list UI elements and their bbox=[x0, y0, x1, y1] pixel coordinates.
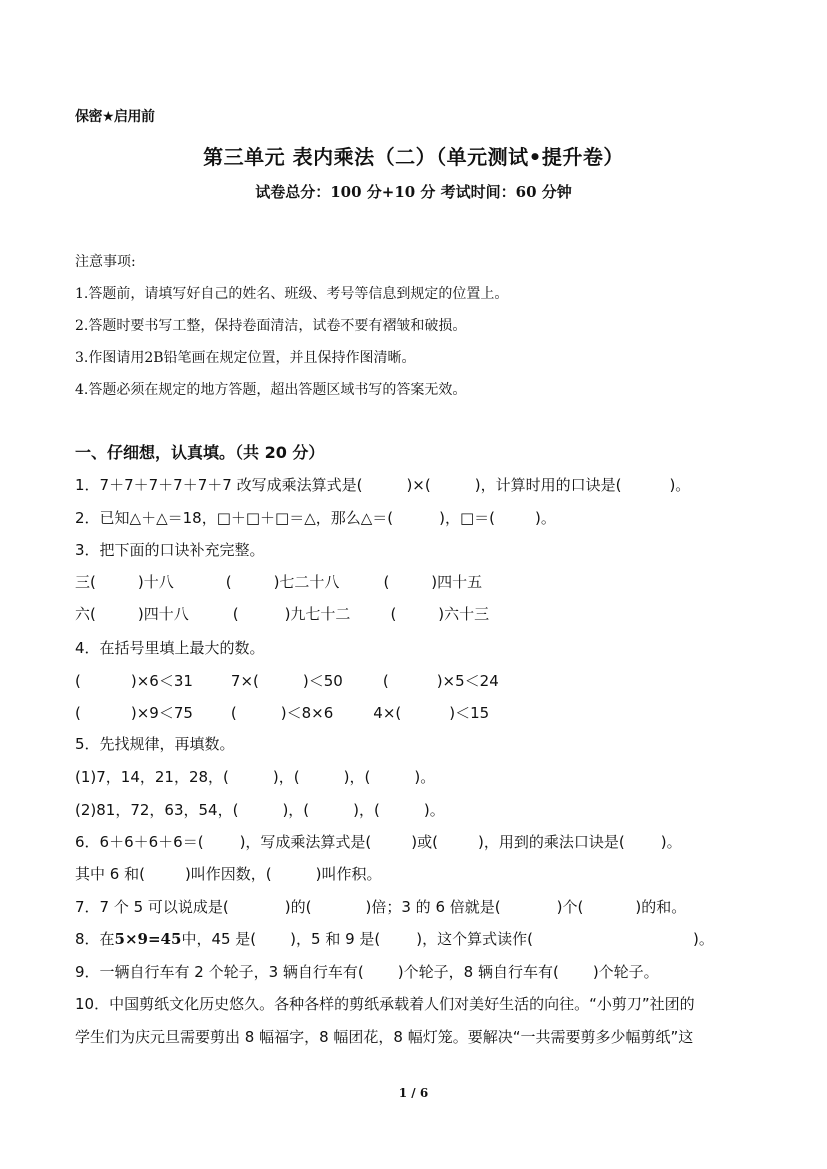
q3-text: )六十三 bbox=[438, 605, 489, 623]
q3-text: ( bbox=[383, 573, 389, 591]
page-number: 1 / 6 bbox=[0, 1086, 827, 1100]
question-4-row-2: ()×9＜75()＜8×64×()＜15 bbox=[75, 701, 489, 725]
question-6-line-1: 6．6＋6＋6＋6＝()，写成乘法算式是()或()，用到的乘法口诀是()。 bbox=[75, 830, 682, 854]
q9-text: 9．一辆自行车有 2 个轮子，3 辆自行车有( bbox=[75, 963, 364, 981]
question-5-row-1: (1)7，14，21，28，()，()，()。 bbox=[75, 765, 435, 789]
exam-info: 试卷总分：100 分+10 分 考试时间：60 分钟 bbox=[0, 181, 827, 202]
q6-text: )，用到的乘法口诀是( bbox=[478, 833, 625, 851]
q2-text: )，□＝( bbox=[439, 509, 495, 527]
question-10-line-1: 10．中国剪纸文化历史悠久。各种各样的剪纸承载着人们对美好生活的向往。“小剪刀”… bbox=[75, 992, 695, 1016]
q1-text: )。 bbox=[669, 476, 690, 494]
q3-text: )四十五 bbox=[431, 573, 482, 591]
q6-text: )。 bbox=[661, 833, 682, 851]
q8-text: 中，45 是( bbox=[181, 930, 256, 948]
q6-text: )或( bbox=[411, 833, 438, 851]
q9-text: )个轮子，8 辆自行车有( bbox=[398, 963, 559, 981]
q2-text: 2．已知△＋△＝18，□＋□＋□＝△，那么△＝( bbox=[75, 509, 393, 527]
q3-text: )四十八 bbox=[138, 605, 189, 623]
question-10-line-2: 学生们为庆元旦需要剪出 8 幅福字，8 幅团花，8 幅灯笼。要解决“一共需要剪多… bbox=[75, 1025, 693, 1049]
q4-text: )×9＜75 bbox=[131, 704, 193, 722]
q4-text: )×5＜24 bbox=[437, 672, 499, 690]
q5-text: )。 bbox=[414, 768, 435, 786]
notes-heading: 注意事项: bbox=[75, 246, 508, 278]
q3-text: )十八 bbox=[138, 573, 174, 591]
q4-text: )＜50 bbox=[303, 672, 343, 690]
question-6-line-2: 其中 6 和()叫作因数，()叫作积。 bbox=[75, 862, 382, 886]
note-item: 3.作图请用2B铅笔画在规定位置，并且保持作图清晰。 bbox=[75, 342, 508, 374]
q7-text: )倍；3 的 6 倍就是( bbox=[366, 898, 501, 916]
q1-text: )，计算时用的口诀是( bbox=[475, 476, 622, 494]
q5-text: )，( bbox=[344, 768, 371, 786]
question-1: 1．7＋7＋7＋7＋7＋7 改写成乘法算式是()×()，计算时用的口诀是()。 bbox=[75, 473, 690, 497]
q4-text: ( bbox=[75, 672, 81, 690]
q5-text: )，( bbox=[282, 801, 309, 819]
q3-text: ( bbox=[233, 605, 239, 623]
q6-text: 其中 6 和( bbox=[75, 865, 145, 883]
q4-text: )＜15 bbox=[449, 704, 489, 722]
question-9: 9．一辆自行车有 2 个轮子，3 辆自行车有()个轮子，8 辆自行车有()个轮子… bbox=[75, 960, 659, 984]
question-3-row-1: 三()十八()七二十八()四十五 bbox=[75, 570, 482, 594]
q8-text: )。 bbox=[693, 930, 714, 948]
question-4-row-1: ()×6＜317×()＜50()×5＜24 bbox=[75, 669, 499, 693]
q1-text: 1．7＋7＋7＋7＋7＋7 改写成乘法算式是( bbox=[75, 476, 362, 494]
q1-text: )×( bbox=[406, 476, 430, 494]
q8-text: 8．在 bbox=[75, 930, 115, 948]
q3-text: ( bbox=[390, 605, 396, 623]
q3-text: )七二十八 bbox=[274, 573, 340, 591]
q8-equation: 5×9=45 bbox=[115, 930, 182, 948]
q2-text: )。 bbox=[535, 509, 556, 527]
q9-text: )个轮子。 bbox=[593, 963, 659, 981]
q7-text: )的( bbox=[285, 898, 312, 916]
q7-text: )的和。 bbox=[635, 898, 686, 916]
question-3-row-2: 六()四十八()九七十二()六十三 bbox=[75, 602, 489, 626]
q5-text: (2)81，72，63，54，( bbox=[75, 801, 238, 819]
question-4-stem: 4．在括号里填上最大的数。 bbox=[75, 636, 265, 660]
q4-text: 7×( bbox=[231, 672, 259, 690]
question-5-stem: 5．先找规律，再填数。 bbox=[75, 732, 235, 756]
q4-text: ( bbox=[383, 672, 389, 690]
q3-text: ( bbox=[226, 573, 232, 591]
q6-text: 6．6＋6＋6＋6＝( bbox=[75, 833, 204, 851]
q4-text: )＜8×6 bbox=[281, 704, 334, 722]
question-5-row-2: (2)81，72，63，54，()，()，()。 bbox=[75, 798, 445, 822]
q5-text: )。 bbox=[424, 801, 445, 819]
q3-text: 六( bbox=[75, 605, 96, 623]
q4-text: )×6＜31 bbox=[131, 672, 193, 690]
q8-text: )，这个算式读作( bbox=[416, 930, 533, 948]
q3-text: )九七十二 bbox=[285, 605, 351, 623]
q5-text: )，( bbox=[273, 768, 300, 786]
question-3-stem: 3．把下面的口诀补充完整。 bbox=[75, 538, 265, 562]
q7-text: )个( bbox=[557, 898, 584, 916]
note-item: 4.答题必须在规定的地方答题，超出答题区域书写的答案无效。 bbox=[75, 374, 508, 406]
note-item: 2.答题时要书写工整，保持卷面清洁，试卷不要有褶皱和破损。 bbox=[75, 310, 508, 342]
q4-text: ( bbox=[231, 704, 237, 722]
q6-text: )，写成乘法算式是( bbox=[240, 833, 372, 851]
note-item: 1.答题前，请填写好自己的姓名、班级、考号等信息到规定的位置上。 bbox=[75, 278, 508, 310]
q6-text: )叫作因数，( bbox=[185, 865, 272, 883]
question-2: 2．已知△＋△＝18，□＋□＋□＝△，那么△＝()，□＝()。 bbox=[75, 506, 556, 530]
q6-text: )叫作积。 bbox=[316, 865, 382, 883]
notes-block: 注意事项: 1.答题前，请填写好自己的姓名、班级、考号等信息到规定的位置上。 2… bbox=[75, 246, 508, 406]
exam-page: 保密★启用前 第三单元 表内乘法（二）（单元测试•提升卷） 试卷总分：100 分… bbox=[0, 0, 827, 1169]
confidential-label: 保密★启用前 bbox=[75, 106, 155, 126]
q7-text: 7．7 个 5 可以说成是( bbox=[75, 898, 229, 916]
section-title: 一、仔细想，认真填。（共 20 分） bbox=[75, 440, 324, 463]
question-7: 7．7 个 5 可以说成是()的()倍；3 的 6 倍就是()个()的和。 bbox=[75, 895, 686, 919]
q8-text: )，5 和 9 是( bbox=[290, 930, 380, 948]
q5-text: (1)7，14，21，28，( bbox=[75, 768, 229, 786]
page-title: 第三单元 表内乘法（二）（单元测试•提升卷） bbox=[0, 141, 827, 170]
q5-text: )，( bbox=[353, 801, 380, 819]
q4-text: 4×( bbox=[373, 704, 401, 722]
q3-text: 三( bbox=[75, 573, 96, 591]
q4-text: ( bbox=[75, 704, 81, 722]
question-8: 8．在5×9=45中，45 是()，5 和 9 是()，这个算式读作()。 bbox=[75, 927, 714, 951]
